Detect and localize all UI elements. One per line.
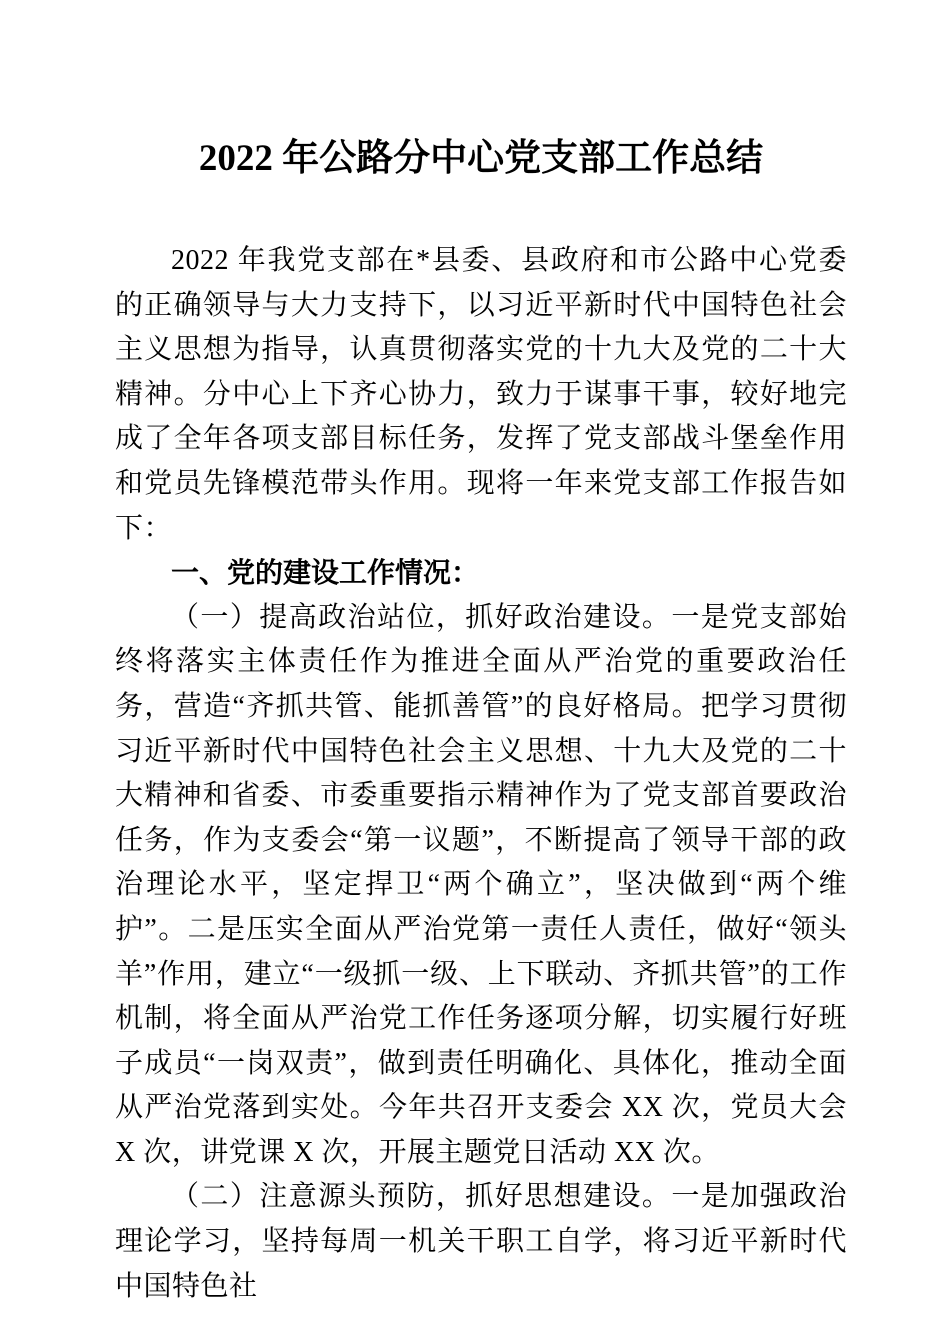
document-page: 2022 年公路分中心党支部工作总结 2022 年我党支部在*县委、县政府和市公…: [0, 0, 950, 1344]
paragraph-item-1: （一）提高政治站位，抓好政治建设。一是党支部始终将落实主体责任作为推进全面从严治…: [115, 596, 847, 1176]
item-1-lead: （一）提高政治站位，抓好政治建设。: [171, 602, 671, 633]
item-1-text: 一是党支部始终将落实主体责任作为推进全面从严治党的重要政治任务，营造“齐抓共管、…: [115, 602, 847, 1168]
document-content: 2022 年公路分中心党支部工作总结 2022 年我党支部在*县委、县政府和市公…: [115, 0, 847, 1309]
section-heading-party-building: 一、党的建设工作情况：: [115, 551, 847, 596]
document-title: 2022 年公路分中心党支部工作总结: [115, 136, 847, 181]
item-2-lead: （二）注意源头预防，抓好思想建设。: [171, 1181, 671, 1212]
paragraph-item-2: （二）注意源头预防，抓好思想建设。一是加强政治理论学习，坚持每周一机关干职工自学…: [115, 1175, 847, 1309]
intro-paragraph: 2022 年我党支部在*县委、县政府和市公路中心党委的正确领导与大力支持下，以习…: [115, 239, 847, 551]
